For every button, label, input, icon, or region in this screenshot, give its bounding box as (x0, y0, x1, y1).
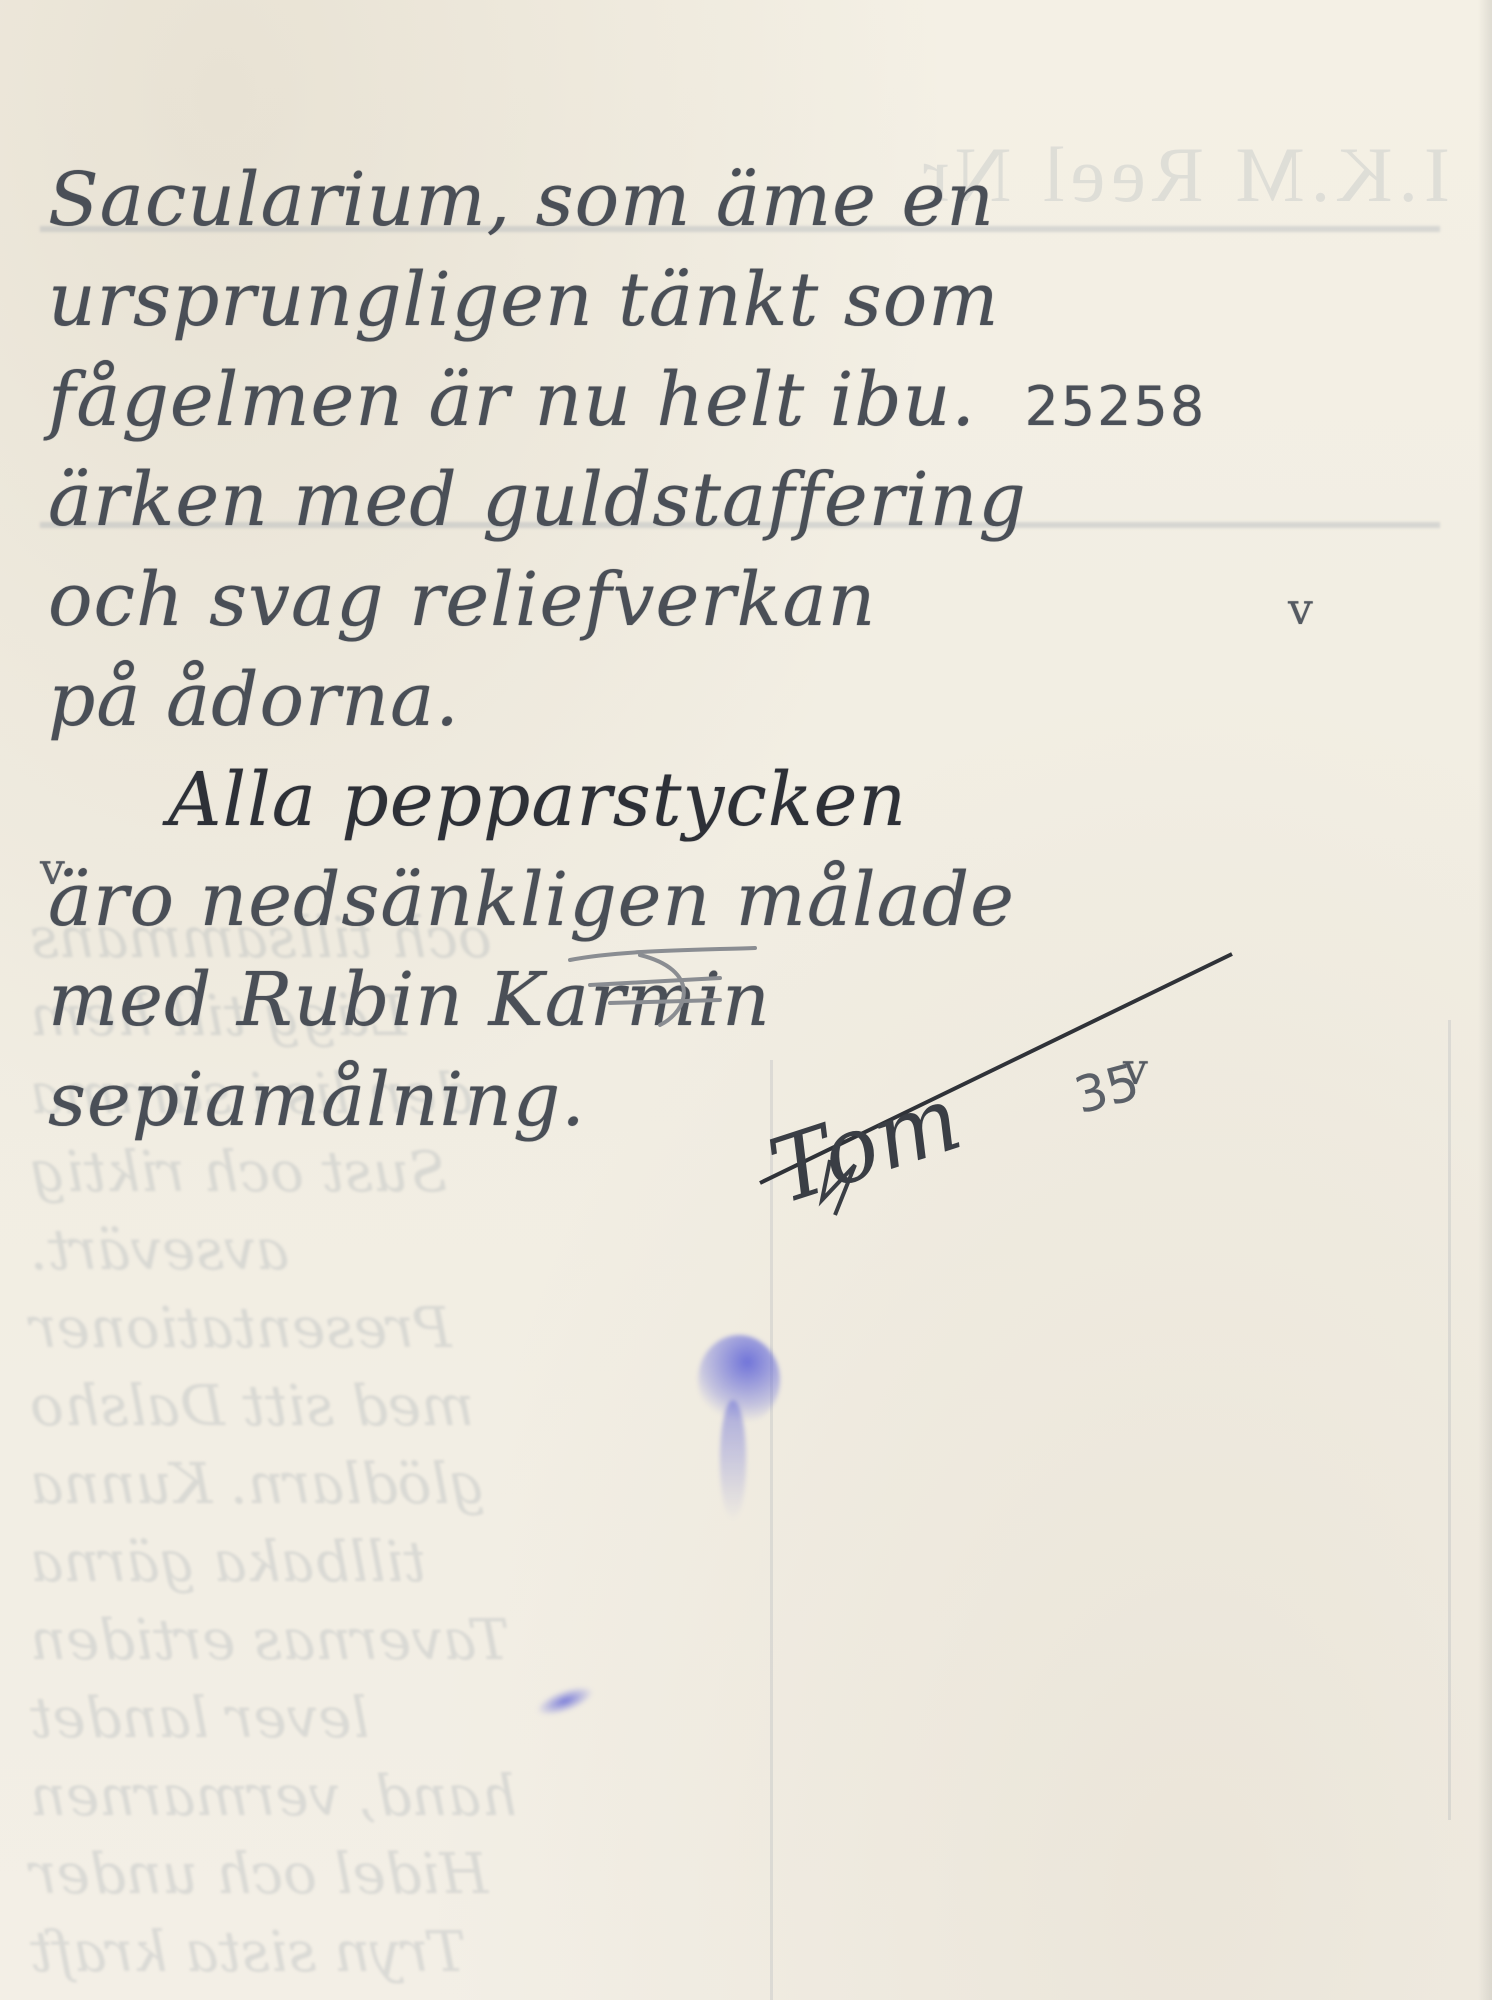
handwritten-line-7: Alla pepparstycken (48, 750, 1448, 850)
bleed-line: avsevärt. (30, 1212, 770, 1290)
handwritten-line-10: sepiamålning. v (48, 1050, 1448, 1150)
line-text: och svag reliefverkan (48, 557, 876, 643)
bleed-line: lever landet (30, 1680, 770, 1758)
bleed-line: Tryn sista kraft (30, 1914, 770, 1992)
check-tick-mark: v (40, 820, 66, 920)
handwritten-line-3: fågelmen är nu helt ibu. 25258 (48, 350, 1448, 450)
handwritten-line-5: och svag reliefverkan v (48, 550, 1448, 650)
line-text: äro nedsänkligen målade (48, 857, 1015, 943)
handwritten-line-4: ärken med guldstaffering (48, 450, 1448, 550)
line-text: sepiamålning. (48, 1057, 586, 1143)
bleed-line: glödlarn. Kunna (30, 1446, 770, 1524)
blue-ink-drip (720, 1400, 746, 1520)
margin-number: 25258 (1024, 375, 1206, 438)
handwritten-line-2: ursprungligen tänkt som (48, 250, 1448, 350)
handwritten-line-8: v äro nedsänkligen målade (48, 850, 1448, 950)
handwritten-line-9: med Rubin Karmin (48, 950, 1448, 1050)
bleed-line: hand, vermarnen (30, 1758, 770, 1836)
handwritten-text-block: Sacularium, som äme en ursprungligen tän… (48, 150, 1448, 1150)
bleed-line: Hidel och under (30, 1836, 770, 1914)
bleed-line: Tavernas ertiden (30, 1602, 770, 1680)
bleed-line: Presentationer (30, 1290, 770, 1368)
handwritten-line-1: Sacularium, som äme en (48, 150, 1448, 250)
document-page: I.K.M Reel Nr och tillsammans Lägg till … (0, 0, 1492, 2000)
line-text: fågelmen är nu helt ibu. (48, 357, 976, 443)
bleed-through-vertical-rule (770, 1060, 773, 2000)
paper-edge (1478, 0, 1492, 2000)
check-tick-mark: v (1288, 560, 1314, 660)
line-text: ärken med guldstaffering (48, 457, 1027, 543)
handwritten-line-6: på ådorna. (48, 650, 1448, 750)
line-text: med Rubin Karmin (48, 957, 771, 1043)
line-text: ursprungligen tänkt som (48, 257, 999, 343)
line-text: på ådorna. (48, 657, 460, 743)
line-text: Alla pepparstycken (168, 757, 907, 843)
line-text: Sacularium, som äme en (48, 157, 995, 243)
bleed-line: med sitt Dalsho (30, 1368, 770, 1446)
bleed-line: tillbaka gärna (30, 1524, 770, 1602)
bleed-through-right-rule (1448, 1020, 1451, 1820)
